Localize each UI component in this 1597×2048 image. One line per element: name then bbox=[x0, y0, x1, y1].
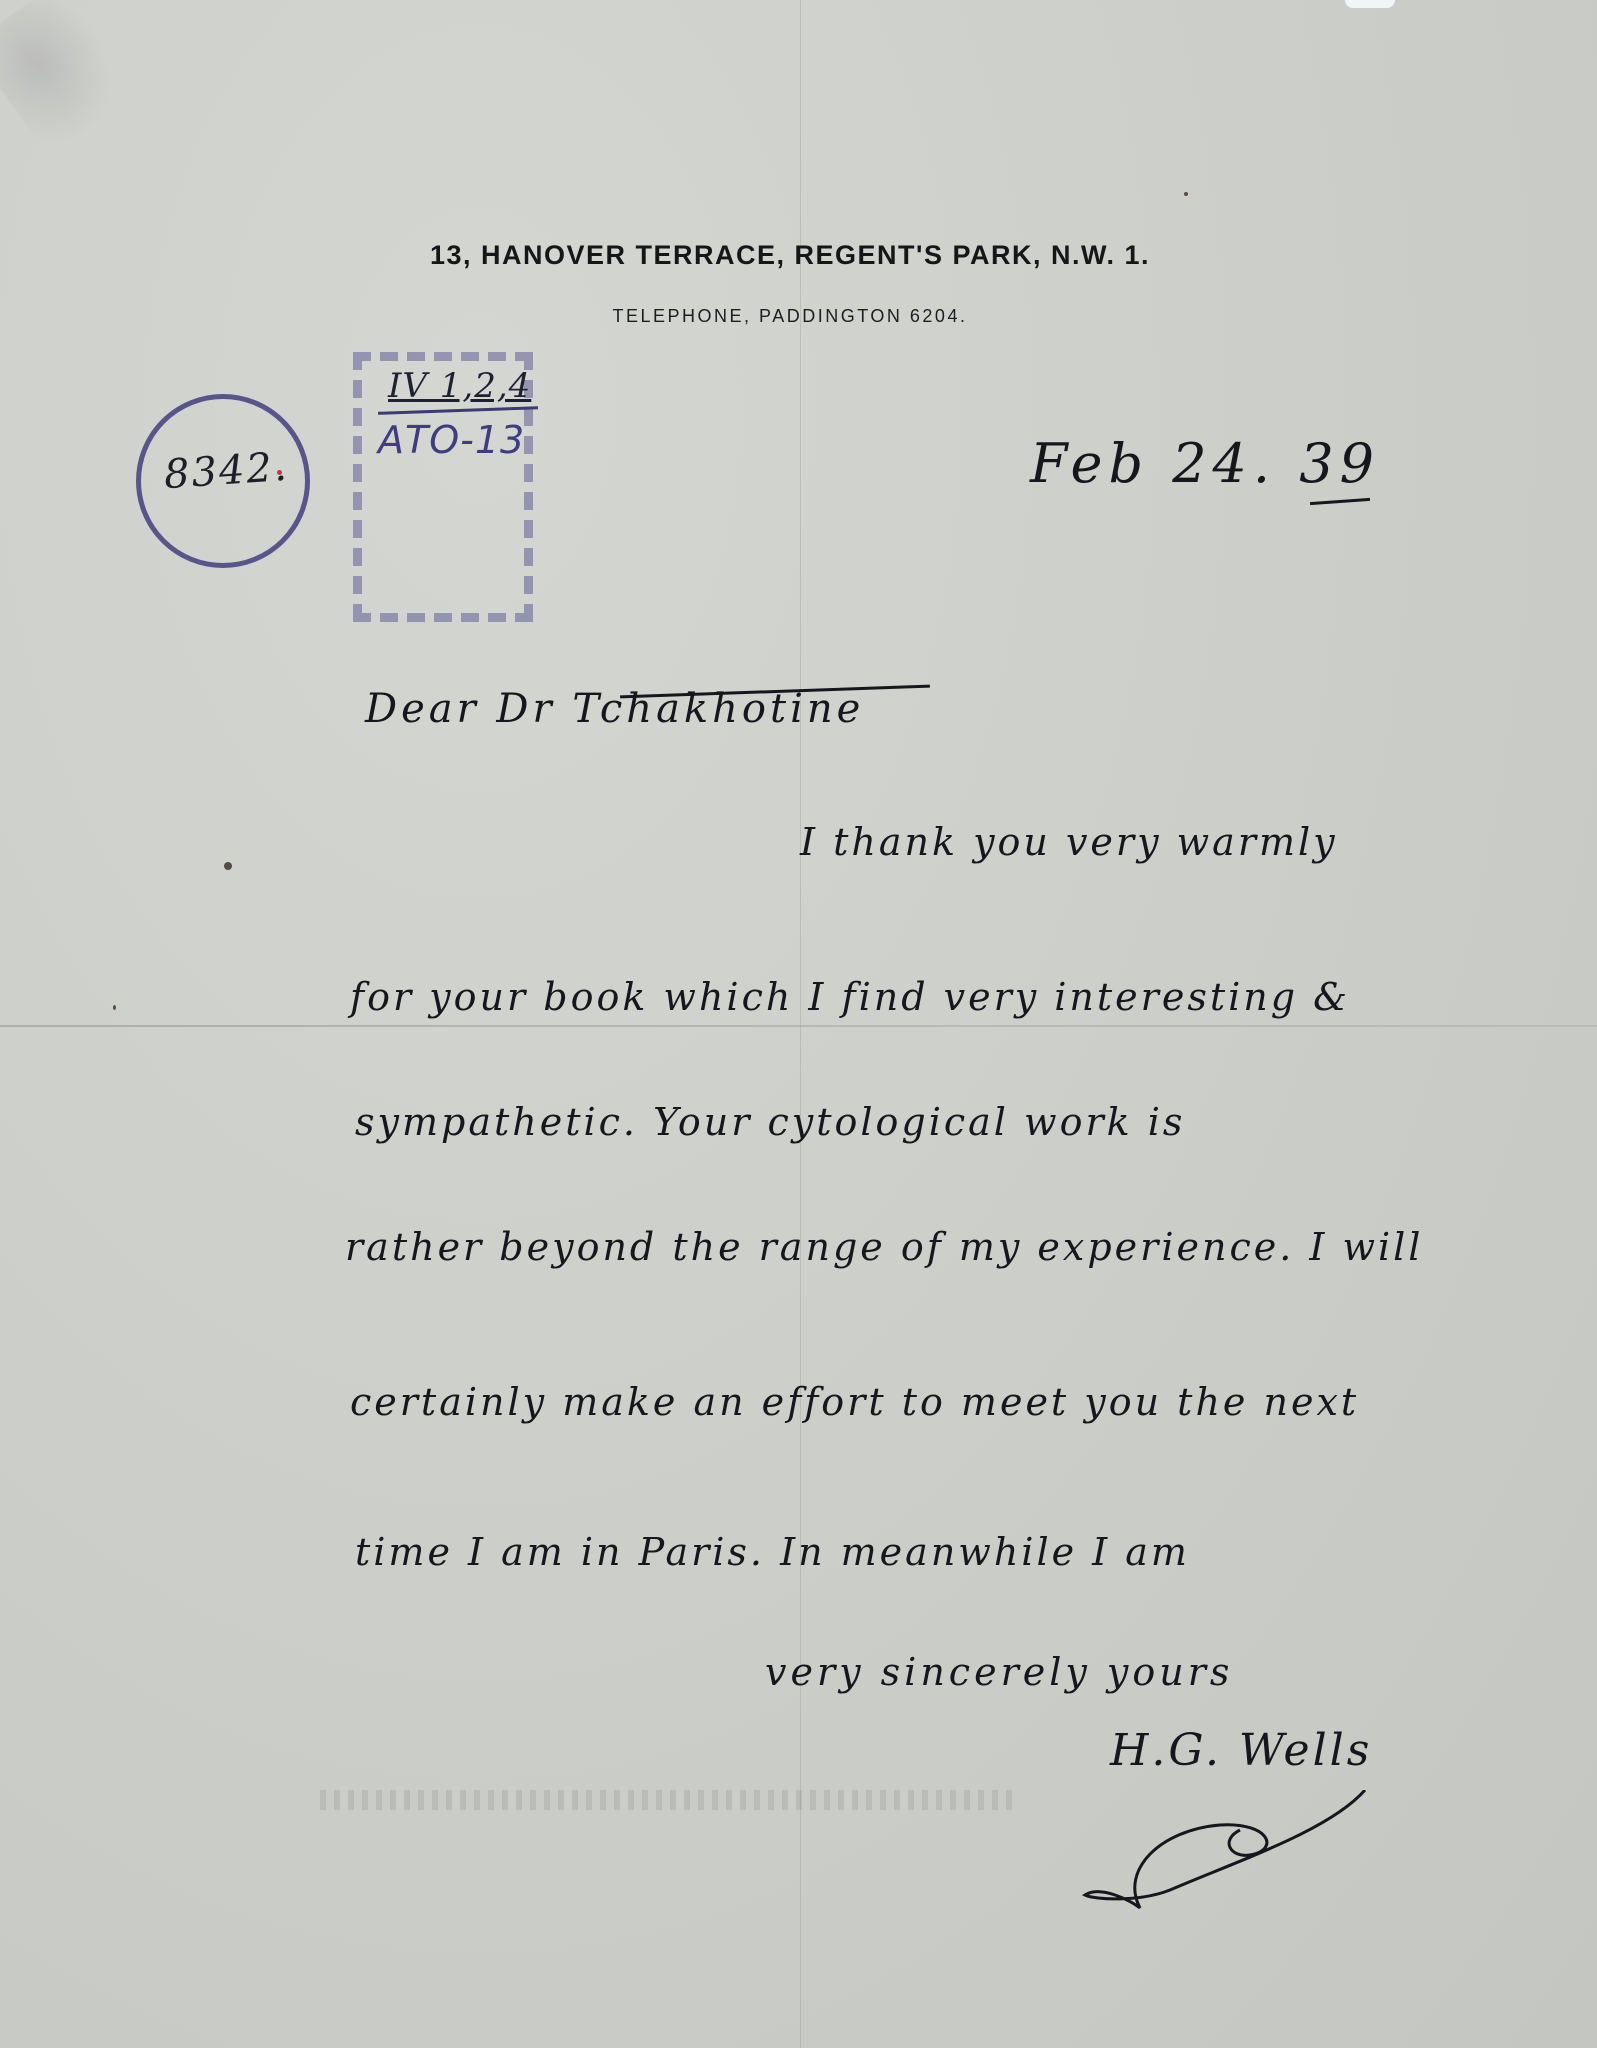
body-line: rather beyond the range of my experience… bbox=[345, 1225, 1423, 1269]
smudge-mark bbox=[0, 0, 140, 159]
ink-speck bbox=[1184, 192, 1188, 196]
body-line: for your book which I find very interest… bbox=[350, 975, 1350, 1019]
body-line: I thank you very warmly bbox=[800, 820, 1338, 864]
signature-flourish-icon bbox=[1080, 1790, 1400, 1910]
archive-box-reference: IV 1,2,4 bbox=[388, 366, 531, 406]
ink-speck bbox=[113, 1005, 116, 1010]
letterhead-address: 13, HANOVER TERRACE, REGENT'S PARK, N.W.… bbox=[300, 240, 1280, 271]
body-line: certainly make an effort to meet you the… bbox=[350, 1380, 1359, 1424]
letter-page: 13, HANOVER TERRACE, REGENT'S PARK, N.W.… bbox=[0, 0, 1597, 2048]
archive-number: 8342. bbox=[163, 444, 290, 499]
ink-speck bbox=[224, 862, 232, 870]
torn-edge bbox=[1345, 0, 1395, 8]
reverse-letterhead-showthrough bbox=[320, 1790, 1020, 1810]
red-ink-dot bbox=[277, 470, 282, 475]
body-line: time I am in Paris. In meanwhile I am bbox=[355, 1530, 1190, 1574]
signature: H.G. Wells bbox=[1110, 1725, 1372, 1776]
salutation: Dear Dr Tchakhotine bbox=[365, 686, 864, 732]
archive-box-code: АТО-13 bbox=[378, 418, 525, 462]
letter-date: Feb 24. 39 bbox=[1030, 432, 1380, 495]
body-line: sympathetic. Your cytological work is bbox=[355, 1100, 1185, 1144]
closing: very sincerely yours bbox=[765, 1650, 1233, 1694]
letterhead-telephone: TELEPHONE, PADDINGTON 6204. bbox=[300, 306, 1280, 327]
date-underline bbox=[1310, 498, 1370, 505]
horizontal-fold-line bbox=[0, 1025, 1597, 1027]
